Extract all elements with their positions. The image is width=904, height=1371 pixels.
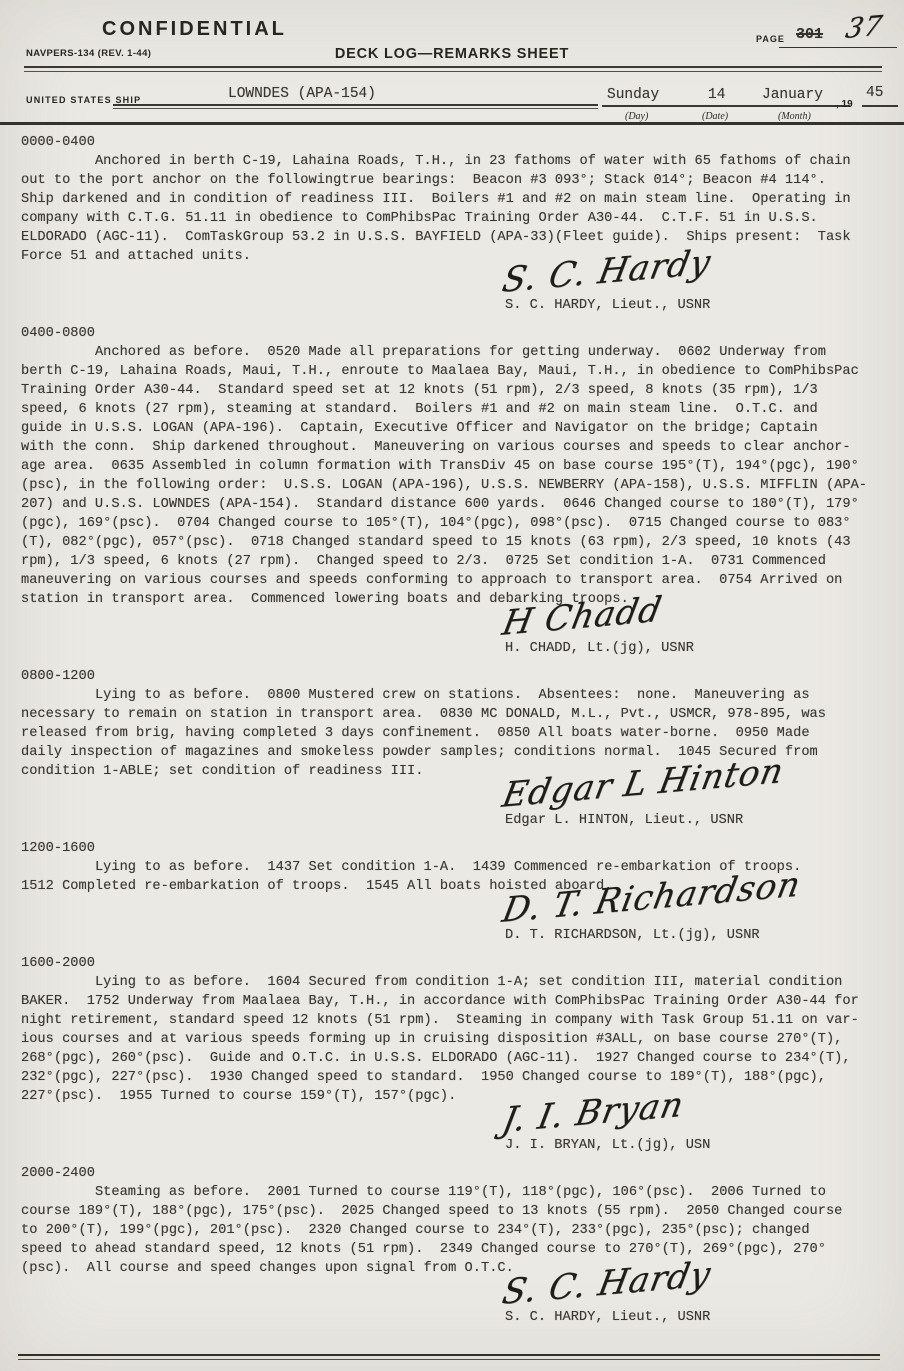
log-section-0000-0400: 0000-0400 Anchored in berth C-19, Lahain… <box>21 133 895 319</box>
section-time-range: 2000-2400 <box>21 1164 895 1183</box>
signature-block: D. T. Richardson D. T. RICHARDSON, Lt.(j… <box>21 899 895 949</box>
log-section-2000-2400: 2000-2400 Steaming as before. 2001 Turne… <box>21 1164 895 1331</box>
signature-typed: J. I. BRYAN, Lt.(jg), USN <box>505 1136 710 1155</box>
date-label: (Date) <box>702 111 728 122</box>
log-section-0400-0800: 0400-0800 Anchored as before. 0520 Made … <box>21 324 895 662</box>
signature-typed: Edgar L. HINTON, Lieut., USNR <box>505 811 743 830</box>
page-label: PAGE <box>756 34 785 44</box>
section-time-range: 0000-0400 <box>21 133 895 152</box>
section-text: Anchored in berth C-19, Lahaina Roads, T… <box>21 152 895 266</box>
signature-typed: H. CHADD, Lt.(jg), USNR <box>505 639 694 658</box>
signature-block: Edgar L Hinton Edgar L. HINTON, Lieut., … <box>21 784 895 834</box>
signature-block: S. C. Hardy S. C. HARDY, Lieut., USNR <box>21 1281 895 1331</box>
year-underline <box>862 105 898 107</box>
day-label: (Day) <box>625 111 648 122</box>
log-sections: 0000-0400 Anchored in berth C-19, Lahain… <box>21 131 895 1336</box>
page-number-handwritten: 37 <box>843 10 885 45</box>
page-number-struck: 301 <box>796 25 823 44</box>
signature-block: H Chadd H. CHADD, Lt.(jg), USNR <box>21 612 895 662</box>
header-rule-heavy <box>0 122 904 125</box>
section-text: Steaming as before. 2001 Turned to cours… <box>21 1183 895 1278</box>
section-text: Anchored as before. 0520 Made all prepar… <box>21 343 895 609</box>
date-date-value: 14 <box>708 86 725 105</box>
section-time-range: 0800-1200 <box>21 667 895 686</box>
bottom-rule <box>18 1354 880 1360</box>
date-underline <box>602 105 850 107</box>
section-time-range: 1600-2000 <box>21 954 895 973</box>
signature-block: J. I. Bryan J. I. BRYAN, Lt.(jg), USN <box>21 1109 895 1159</box>
signature-typed: D. T. RICHARDSON, Lt.(jg), USNR <box>505 926 760 945</box>
classification-stamp: CONFIDENTIAL <box>102 18 287 41</box>
signature-block: S. C. Hardy S. C. HARDY, Lieut., USNR <box>21 269 895 319</box>
section-text: Lying to as before. 1604 Secured from co… <box>21 973 895 1106</box>
sheet-title: DECK LOG—REMARKS SHEET <box>0 46 904 62</box>
section-time-range: 1200-1600 <box>21 839 895 858</box>
section-time-range: 0400-0800 <box>21 324 895 343</box>
date-month-value: January <box>762 86 823 105</box>
log-section-1600-2000: 1600-2000 Lying to as before. 1604 Secur… <box>21 954 895 1159</box>
month-label: (Month) <box>778 111 811 122</box>
header-rule-double <box>24 66 882 72</box>
signature-typed: S. C. HARDY, Lieut., USNR <box>505 1308 710 1327</box>
date-day-value: Sunday <box>607 86 659 105</box>
year-prefix: , 19 <box>836 99 853 110</box>
ship-name-underline <box>113 104 598 109</box>
signature-typed: S. C. HARDY, Lieut., USNR <box>505 296 710 315</box>
year-value: 45 <box>866 84 883 103</box>
ship-name: LOWNDES (APA-154) <box>228 85 376 104</box>
log-section-0800-1200: 0800-1200 Lying to as before. 0800 Muste… <box>21 667 895 834</box>
log-section-1200-1600: 1200-1600 Lying to as before. 1437 Set c… <box>21 839 895 949</box>
deck-log-page: CONFIDENTIAL PAGE 301 37 NAVPERS-134 (RE… <box>0 0 904 1371</box>
